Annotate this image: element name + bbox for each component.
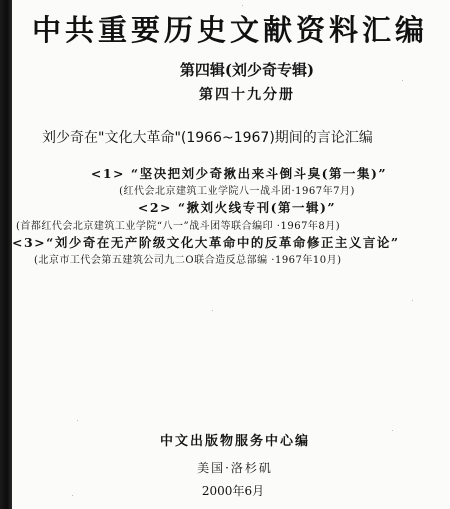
publication-date: 2000年6月 <box>12 485 450 497</box>
item-3-number: <3> <box>12 235 46 250</box>
item-2-name: “揪刘火线专刊(第一辑)” <box>178 200 336 215</box>
item-3-source: (北京市工代会第五建筑公司九二O联合造反总部编 ·1967年10月) <box>34 256 342 266</box>
item-1-number: <1> <box>91 166 125 181</box>
scan-speck <box>72 495 73 496</box>
scan-speck <box>77 420 78 421</box>
publication-location: 美国·洛杉矶 <box>12 462 450 474</box>
item-3-title: <3>“刘少奇在无产阶级文化大革命中的反革命修正主义言论” <box>12 237 400 250</box>
scan-speck <box>392 430 393 431</box>
item-2-number: <2> <box>138 200 172 215</box>
item-1-source: (红代会北京建筑工业学院八一战斗团·1967年7月) <box>12 187 450 197</box>
title-page: 中共重要历史文献资料汇编 第四辑(刘少奇专辑) 第四十九分册 刘少奇在"文化大革… <box>12 0 450 509</box>
item-2-title: <2> “揪刘火线专刊(第一辑)” <box>12 202 450 215</box>
scan-speck <box>212 310 213 311</box>
subtitle: 刘少奇在"文化大革命"(1966~1967)期间的言论汇编 <box>42 131 373 145</box>
publisher: 中文出版物服务中心编 <box>12 435 450 448</box>
item-1-name: “坚决把刘少奇揪出来斗倒斗臭(第一集)” <box>131 166 387 181</box>
item-2-source: (首都红代会北京建筑工业学院“八一”战斗团等联合编印 ·1967年8月) <box>16 222 340 232</box>
main-title: 中共重要历史文献资料汇编 <box>32 16 428 45</box>
scan-speck <box>402 80 403 81</box>
scan-binding-edge <box>0 0 12 509</box>
series-title: 第四辑(刘少奇专辑) <box>12 63 450 78</box>
item-3-name: “刘少奇在无产阶级文化大革命中的反革命修正主义言论” <box>46 235 399 250</box>
scan-speck <box>242 5 243 6</box>
volume-title: 第四十九分册 <box>12 88 450 102</box>
scan-speck <box>412 300 413 301</box>
item-1-title: <1> “坚决把刘少奇揪出来斗倒斗臭(第一集)” <box>12 168 450 181</box>
